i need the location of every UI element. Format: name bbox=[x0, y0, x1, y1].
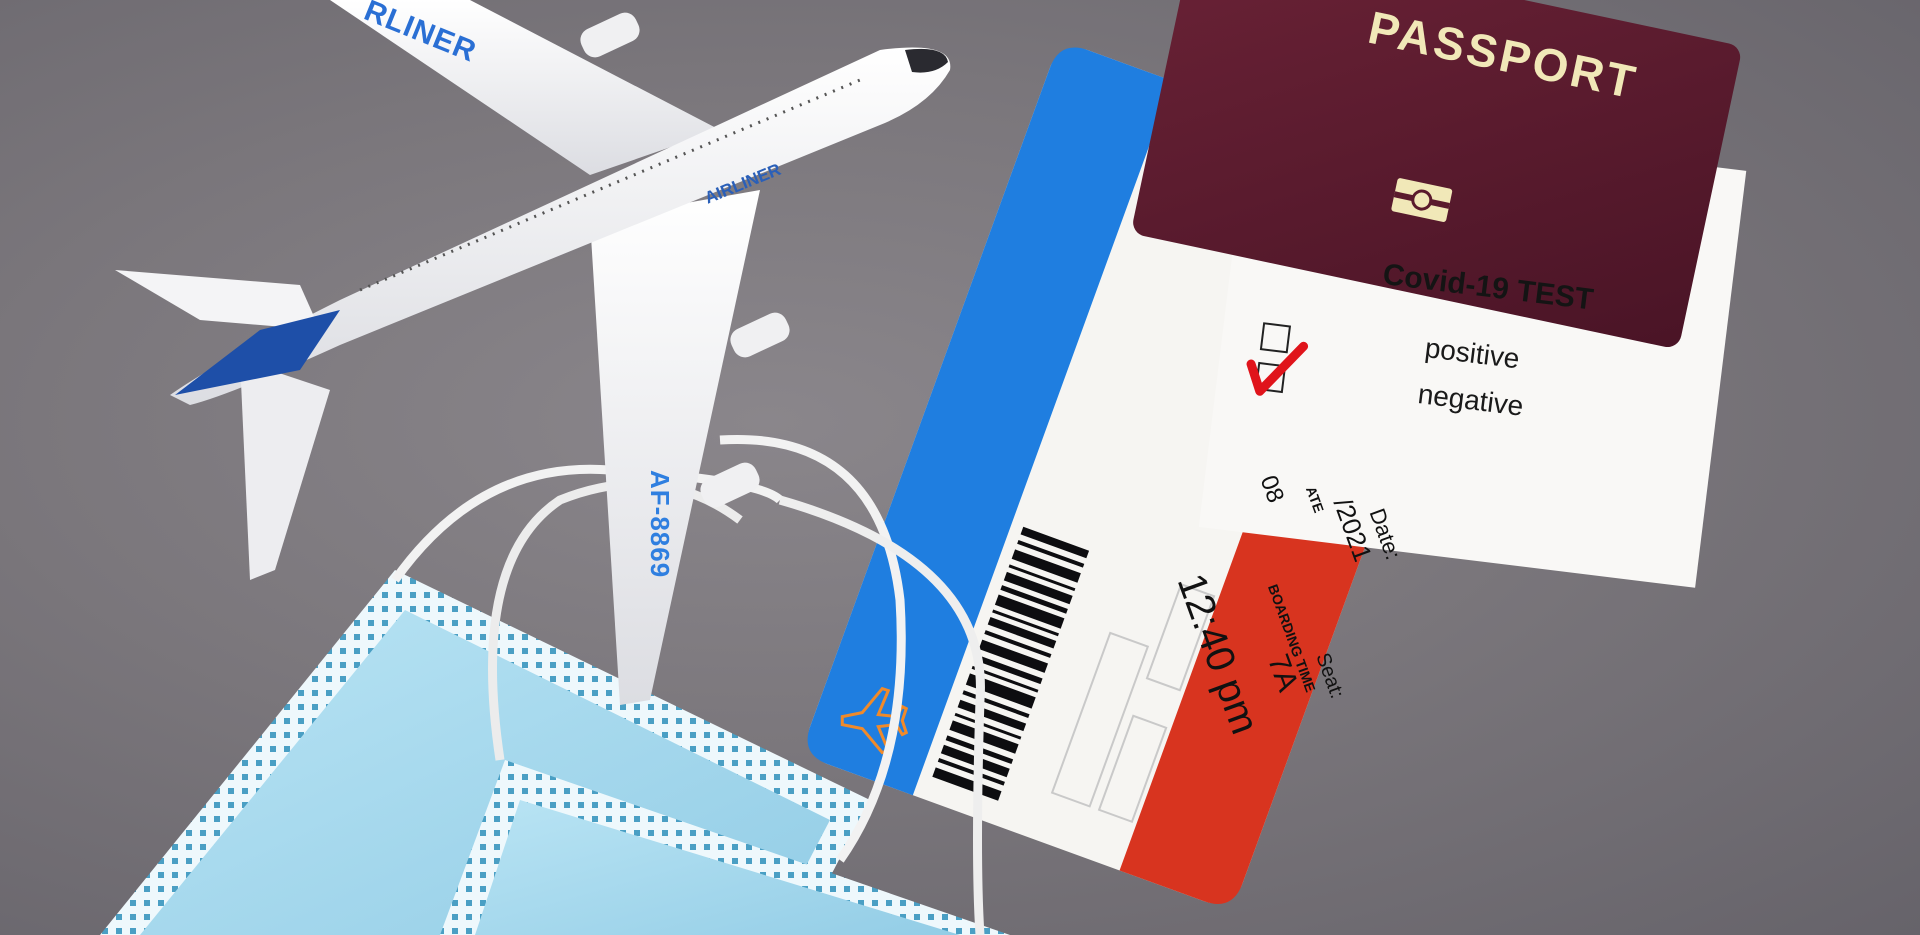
photo-scene: PASSPORT Covid-19 TEST positive negative… bbox=[0, 0, 1920, 935]
scene-graphics bbox=[0, 0, 1920, 935]
plane-registration: AF-8869 bbox=[644, 470, 675, 578]
toy-airplane bbox=[115, 0, 950, 705]
